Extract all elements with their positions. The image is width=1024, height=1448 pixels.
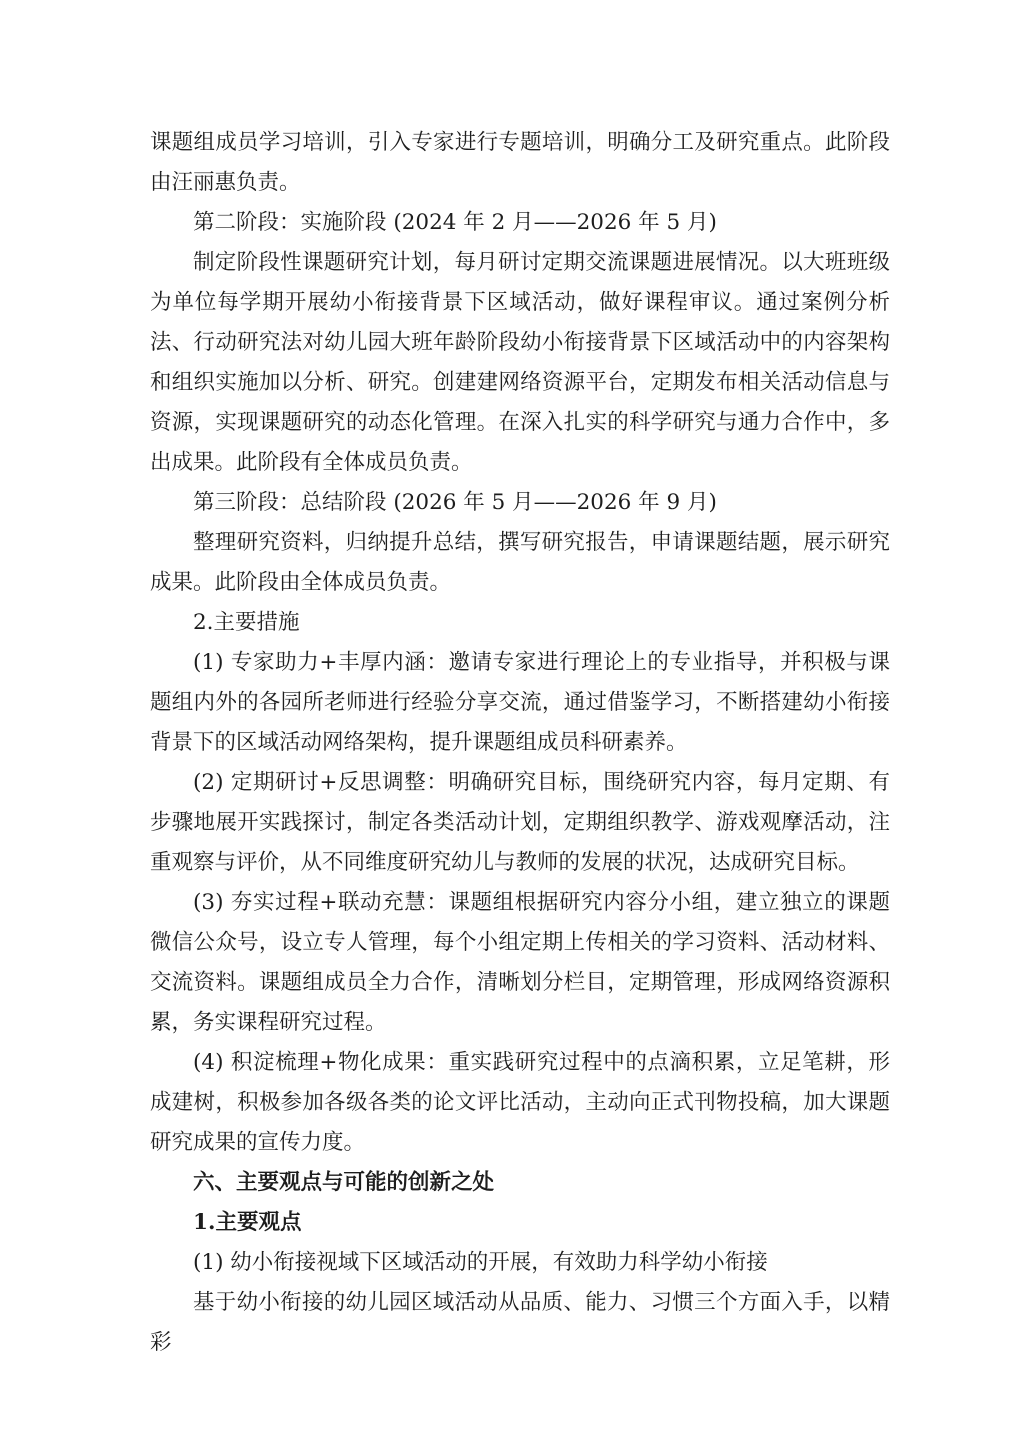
heading-stage2: 第二阶段：实施阶段 (2024 年 2 月——2026 年 5 月) <box>150 203 890 243</box>
paragraph-measure-4: (4) 积淀梳理+物化成果：重实践研究过程中的点滴积累，立足笔耕，形成建树，积极… <box>150 1043 890 1163</box>
heading-stage3: 第三阶段：总结阶段 (2026 年 5 月——2026 年 9 月) <box>150 483 890 523</box>
heading-section-six: 六、主要观点与可能的创新之处 <box>150 1163 890 1203</box>
heading-main-measures: 2.主要措施 <box>150 603 890 643</box>
paragraph-viewpoint-1-title: (1) 幼小衔接视域下区域活动的开展，有效助力科学幼小衔接 <box>150 1243 890 1283</box>
paragraph-viewpoint-1-body: 基于幼小衔接的幼儿园区域活动从品质、能力、习惯三个方面入手，以精彩 <box>150 1283 890 1363</box>
paragraph-measure-3: (3) 夯实过程+联动充慧：课题组根据研究内容分小组，建立独立的课题微信公众号，… <box>150 883 890 1043</box>
paragraph-stage2-plan: 制定阶段性课题研究计划，每月研讨定期交流课题进展情况。以大班班级为单位每学期开展… <box>150 243 890 483</box>
paragraph-stage3-summary: 整理研究资料，归纳提升总结，撰写研究报告，申请课题结题，展示研究成果。此阶段由全… <box>150 523 890 603</box>
paragraph-measure-2: (2) 定期研讨+反思调整：明确研究目标，围绕研究内容，每月定期、有步骤地展开实… <box>150 763 890 883</box>
heading-main-viewpoints: 1.主要观点 <box>150 1203 890 1243</box>
paragraph-measure-1: (1) 专家助力+丰厚内涵：邀请专家进行理论上的专业指导，并积极与课题组内外的各… <box>150 643 890 763</box>
paragraph-stage1-continuation: 课题组成员学习培训，引入专家进行专题培训，明确分工及研究重点。此阶段由汪丽惠负责… <box>150 123 890 203</box>
document-page: 课题组成员学习培训，引入专家进行专题培训，明确分工及研究重点。此阶段由汪丽惠负责… <box>0 0 1024 1448</box>
